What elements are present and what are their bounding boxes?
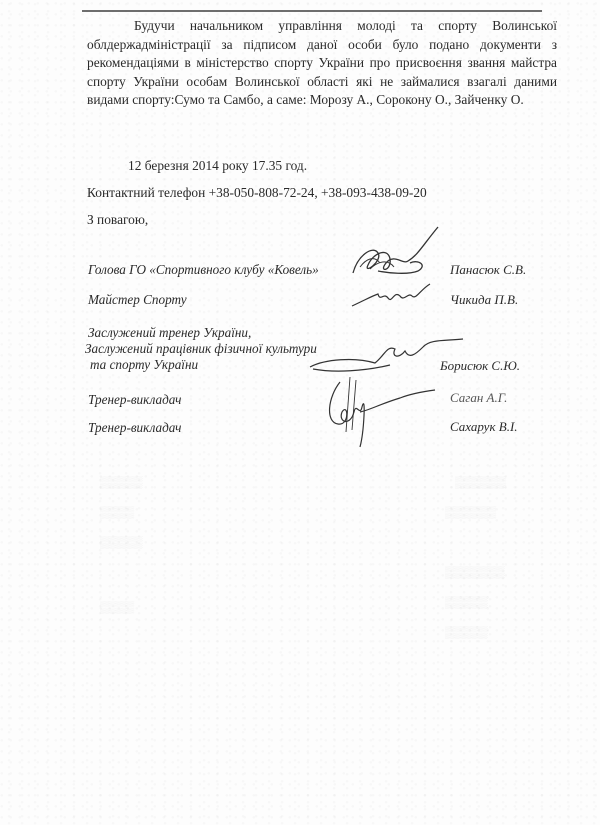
date-line: 12 березня 2014 року 17.35 год. — [128, 158, 307, 174]
signatory-name-5: Сахарук В.І. — [450, 419, 518, 435]
scan-noise — [0, 0, 600, 825]
signatory-role-1: Голова ГО «Спортивного клубу «Ковель» — [88, 262, 319, 278]
signature-1 — [348, 225, 448, 285]
contact-phone-line: Контактний телефон +38-050-808-72-24, +3… — [87, 185, 427, 201]
signatory-name-1: Панасюк С.В. — [450, 262, 526, 278]
bleed-through-text: ▒▒▒▒▒▒ — [455, 475, 506, 490]
scanned-document-page: Будучи начальником управління молоді та … — [0, 0, 600, 825]
body-paragraph: Будучи начальником управління молоді та … — [87, 17, 557, 110]
signatory-name-2: Чикида П.В. — [450, 292, 518, 308]
signatory-role-3-line-3: та спорту України — [90, 357, 317, 373]
bleed-through-text: ▒▒▒▒ — [100, 505, 134, 520]
signatory-role-3-line-1: Заслужений тренер України, — [88, 325, 317, 341]
signatory-role-5: Тренер-викладач — [88, 420, 181, 436]
bleed-through-text: ▒▒▒▒▒ — [445, 625, 488, 640]
signature-3 — [305, 335, 465, 375]
bleed-through-text: ▒▒▒▒▒ — [445, 595, 488, 610]
signature-2 — [350, 282, 440, 312]
signatory-role-2: Майстер Спорту — [88, 292, 187, 308]
signatory-name-4: Саган А.Г. — [450, 390, 507, 406]
top-rule — [82, 10, 542, 12]
bleed-through-text: ▒▒▒▒▒▒▒ — [445, 565, 505, 580]
signature-4 — [320, 372, 440, 452]
signatory-role-4: Тренер-викладач — [88, 392, 181, 408]
bleed-through-text: ▒▒▒▒▒ — [100, 535, 143, 550]
bleed-through-text: ▒▒▒▒ — [100, 600, 134, 615]
signatory-role-3: Заслужений тренер України, Заслужений пр… — [88, 325, 317, 373]
bleed-through-text: ▒▒▒▒▒ — [100, 475, 143, 490]
signatory-role-3-line-2: Заслужений працівник фізичної культури — [85, 341, 317, 357]
bleed-through-text: ▒▒▒▒▒▒ — [445, 505, 496, 520]
closing-line: З повагою, — [87, 212, 148, 228]
